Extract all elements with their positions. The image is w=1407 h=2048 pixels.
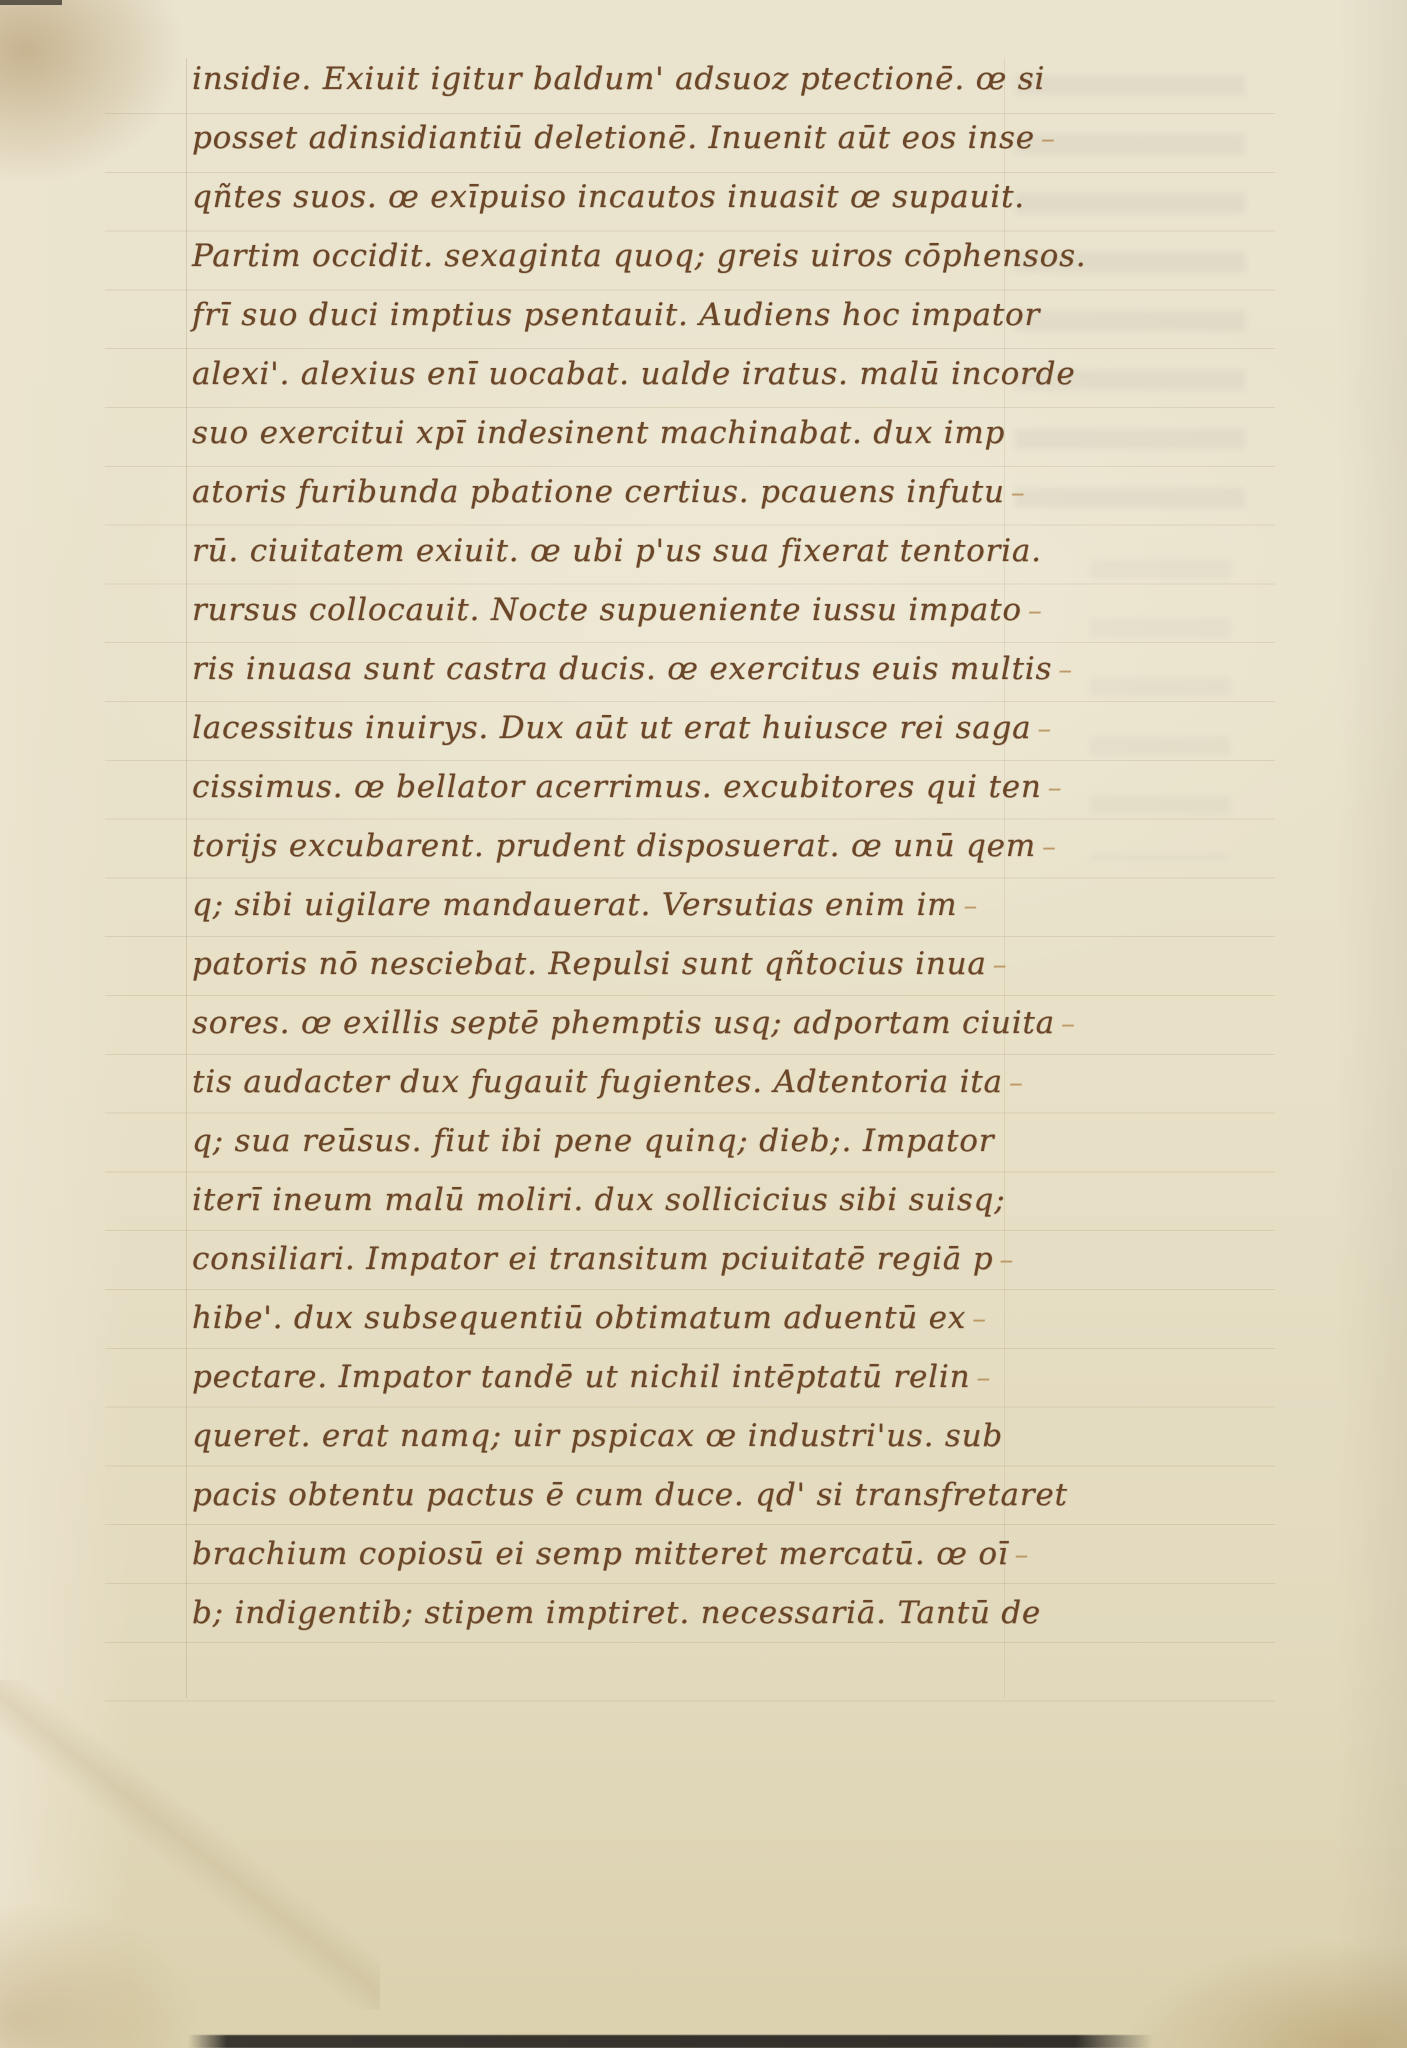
manuscript-line: queret. erat namq; uir pspicax œ industr…	[192, 1407, 1032, 1466]
manuscript-line: torijs excubarent. prudent disposuerat. …	[192, 817, 1032, 876]
manuscript-line: lacessitus inuirys. Dux aūt ut erat huiu…	[192, 699, 1032, 758]
line-end-hyphen-mark: –	[1055, 1007, 1076, 1040]
line-end-hyphen-mark: –	[1035, 122, 1056, 155]
manuscript-line-text: atoris furibunda pbatione certius. pcaue…	[192, 474, 1005, 510]
manuscript-line: suo exercitui xpī indesinent machinabat.…	[192, 404, 1032, 463]
manuscript-line: cissimus. œ bellator acerrimus. excubito…	[192, 758, 1032, 817]
manuscript-line-text: patoris nō nesciebat. Repulsi sunt qñtoc…	[192, 946, 987, 982]
verso-bleedthrough	[1090, 560, 1230, 860]
line-end-hyphen-mark: –	[1042, 771, 1063, 804]
manuscript-line: ris inuasa sunt castra ducis. œ exercitu…	[192, 640, 1032, 699]
line-end-hyphen-mark: –	[1003, 1066, 1024, 1099]
manuscript-line-text: pectare. Impator tandē ut nichil intēpta…	[192, 1359, 970, 1395]
manuscript-line-text: cissimus. œ bellator acerrimus. excubito…	[192, 769, 1042, 805]
manuscript-line: atoris furibunda pbatione certius. pcaue…	[192, 463, 1032, 522]
manuscript-line-text: rursus collocauit. Nocte supueniente ius…	[192, 592, 1022, 628]
manuscript-line: rursus collocauit. Nocte supueniente ius…	[192, 581, 1032, 640]
line-end-hyphen-mark: –	[1031, 712, 1052, 745]
manuscript-line-text: b; indigentib; stipem imptiret. necessar…	[192, 1595, 1041, 1631]
manuscript-line-text: rū. ciuitatem exiuit. œ ubi p'us sua fix…	[192, 533, 1042, 569]
manuscript-line: hibe'. dux subsequentiū obtimatum aduent…	[192, 1289, 1032, 1348]
manuscript-line-text: ris inuasa sunt castra ducis. œ exercitu…	[192, 651, 1052, 687]
manuscript-line: rū. ciuitatem exiuit. œ ubi p'us sua fix…	[192, 522, 1032, 581]
manuscript-line: consiliari. Impator ei transitum pciuita…	[192, 1230, 1032, 1289]
manuscript-line-text: alexi'. alexius enī uocabat. ualde iratu…	[192, 356, 1075, 392]
manuscript-line: q; sibi uigilare mandauerat. Versutias e…	[192, 876, 1032, 935]
scan-edge-mark-top	[0, 0, 62, 5]
manuscript-line: sores. œ exillis septē phemptis usq; adp…	[192, 994, 1032, 1053]
text-block: insidie. Exiuit igitur baldum' adsuoz pt…	[192, 50, 1032, 1643]
manuscript-line: frī suo duci imptius psentauit. Audiens …	[192, 286, 1032, 345]
manuscript-line-text: pacis obtentu pactus ē cum duce. qd' si …	[192, 1477, 1068, 1513]
manuscript-line-text: consiliari. Impator ei transitum pciuita…	[192, 1241, 993, 1277]
manuscript-line: qñtes suos. œ exīpuiso incautos inuasit …	[192, 168, 1032, 227]
manuscript-line: posset adinsidiantiū deletionē. Inuenit …	[192, 109, 1032, 168]
manuscript-line-text: q; sibi uigilare mandauerat. Versutias e…	[192, 887, 957, 923]
line-end-hyphen-mark: –	[1052, 653, 1073, 686]
line-end-hyphen-mark: –	[957, 889, 978, 922]
manuscript-line-text: iterī ineum malū moliri. dux sollicicius…	[192, 1182, 1005, 1218]
manuscript-line: brachium copiosū ei semp mitteret mercat…	[192, 1525, 1032, 1584]
line-end-hyphen-mark: –	[993, 1243, 1014, 1276]
manuscript-line-text: frī suo duci imptius psentauit. Audiens …	[192, 297, 1040, 333]
line-end-hyphen-mark: –	[970, 1361, 991, 1394]
manuscript-line-text: posset adinsidiantiū deletionē. Inuenit …	[192, 120, 1035, 156]
manuscript-line-text: hibe'. dux subsequentiū obtimatum aduent…	[192, 1300, 966, 1336]
manuscript-line: tis audacter dux fugauit fugientes. Adte…	[192, 1053, 1032, 1112]
line-end-hyphen-mark: –	[966, 1302, 987, 1335]
parchment-crease	[0, 1680, 380, 2010]
line-end-hyphen-mark: –	[1036, 830, 1057, 863]
manuscript-line: Partim occidit. sexaginta quoq; greis ui…	[192, 227, 1032, 286]
manuscript-line: pectare. Impator tandē ut nichil intēpta…	[192, 1348, 1032, 1407]
line-end-hyphen-mark: –	[1005, 476, 1026, 509]
manuscript-line-text: torijs excubarent. prudent disposuerat. …	[192, 828, 1036, 864]
manuscript-line: alexi'. alexius enī uocabat. ualde iratu…	[192, 345, 1032, 404]
manuscript-line-text: tis audacter dux fugauit fugientes. Adte…	[192, 1064, 1003, 1100]
scan-edge-strip-bottom	[188, 2035, 1153, 2048]
manuscript-line: b; indigentib; stipem imptiret. necessar…	[192, 1584, 1032, 1643]
manuscript-line-text: brachium copiosū ei semp mitteret mercat…	[192, 1536, 1009, 1572]
manuscript-line-text: Partim occidit. sexaginta quoq; greis ui…	[192, 238, 1086, 274]
line-end-hyphen-mark: –	[1009, 1538, 1030, 1571]
manuscript-line: patoris nō nesciebat. Repulsi sunt qñtoc…	[192, 935, 1032, 994]
manuscript-line: pacis obtentu pactus ē cum duce. qd' si …	[192, 1466, 1032, 1525]
manuscript-line-text: queret. erat namq; uir pspicax œ industr…	[192, 1418, 1003, 1454]
manuscript-line-text: suo exercitui xpī indesinent machinabat.…	[192, 415, 1005, 451]
manuscript-line: insidie. Exiuit igitur baldum' adsuoz pt…	[192, 50, 1032, 109]
manuscript-line: iterī ineum malū moliri. dux sollicicius…	[192, 1171, 1032, 1230]
manuscript-line: q; sua reūsus. fiut ibi pene quinq; dieb…	[192, 1112, 1032, 1171]
manuscript-line-text: q; sua reūsus. fiut ibi pene quinq; dieb…	[192, 1123, 994, 1159]
line-end-hyphen-mark: –	[1022, 594, 1043, 627]
manuscript-line-text: sores. œ exillis septē phemptis usq; adp…	[192, 1005, 1055, 1041]
manuscript-line-text: insidie. Exiuit igitur baldum' adsuoz pt…	[192, 61, 1045, 97]
left-margin-rule	[186, 58, 187, 1698]
manuscript-line-text: qñtes suos. œ exīpuiso incautos inuasit …	[192, 179, 1025, 215]
manuscript-page: insidie. Exiuit igitur baldum' adsuoz pt…	[0, 0, 1407, 2048]
manuscript-line-text: lacessitus inuirys. Dux aūt ut erat huiu…	[192, 710, 1031, 746]
line-end-hyphen-mark: –	[987, 948, 1008, 981]
